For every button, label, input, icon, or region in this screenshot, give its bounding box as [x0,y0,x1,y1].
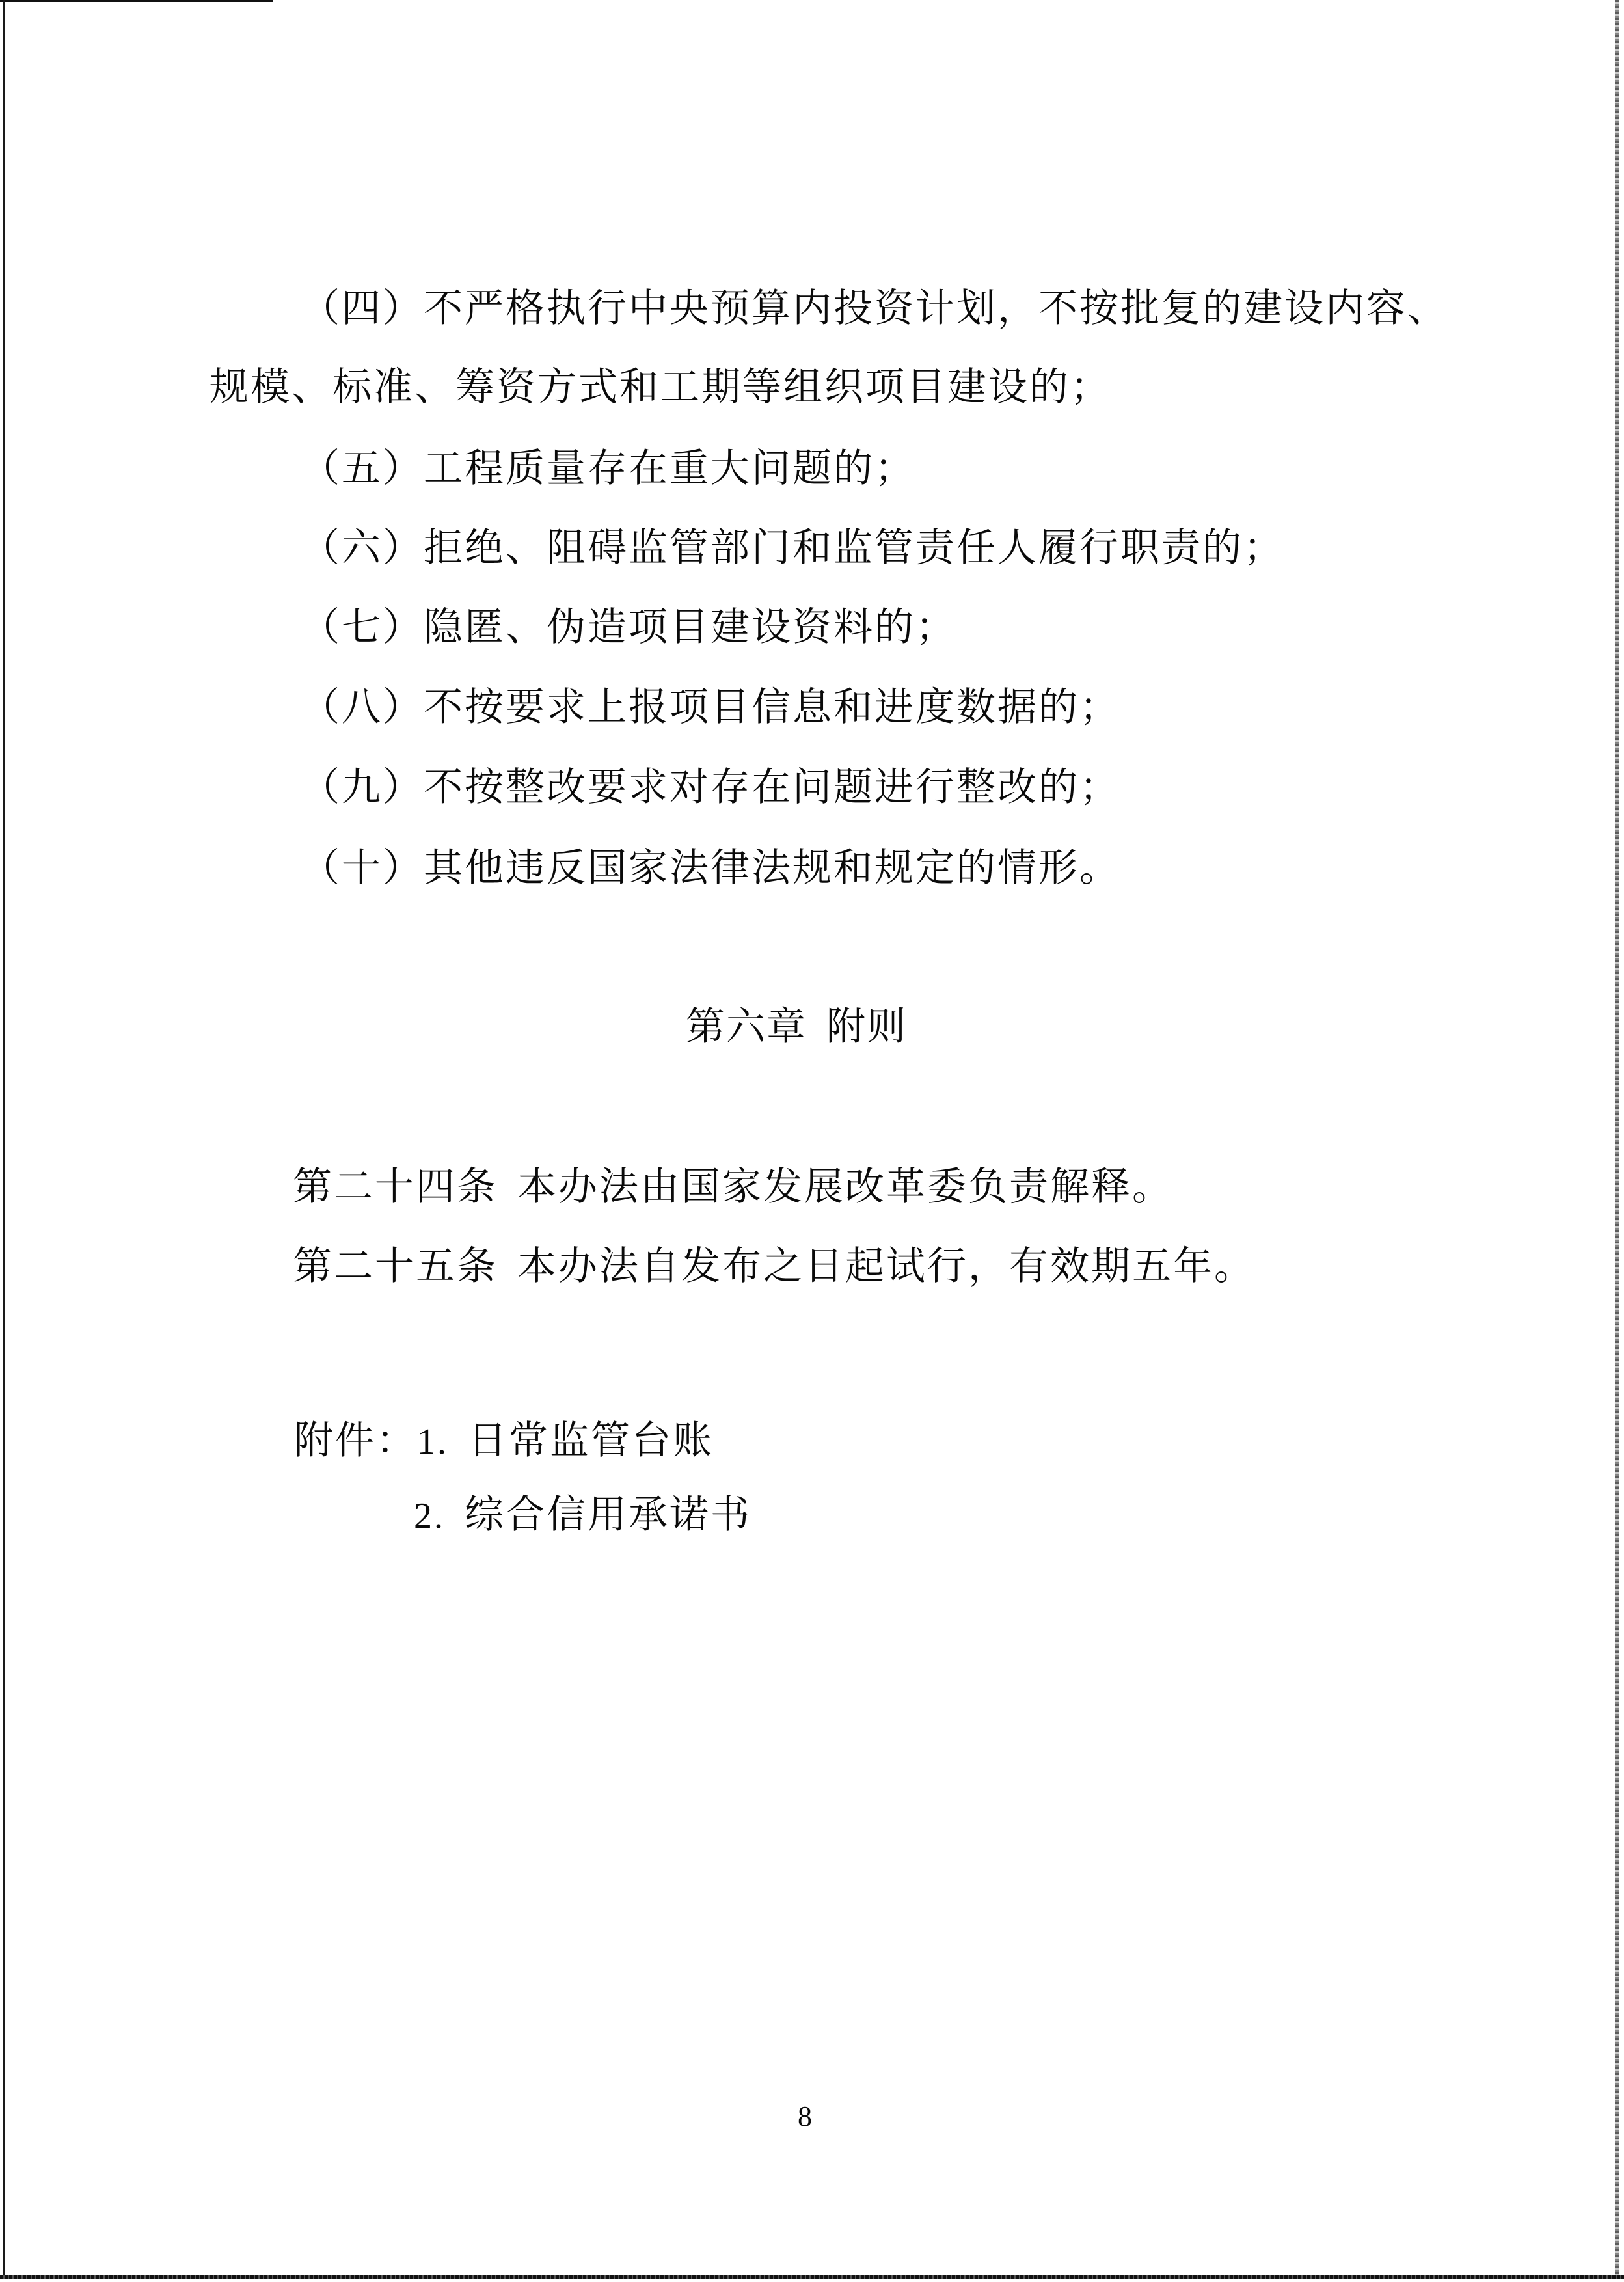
item-marker: （八） [301,685,424,730]
item-text: 不按要求上报项目信息和进度数据的； [424,685,1120,730]
chapter-heading: 第六章附则 [686,1006,907,1048]
chapter-number: 第六章 [686,1004,807,1050]
item-marker: （十） [301,845,424,891]
article-text: 本办法由国家发展改革委负责解释。 [517,1164,1173,1210]
item-marker: （四） [301,286,424,331]
attachment-index: 1. [417,1422,448,1462]
item-marker: （九） [301,765,424,810]
item-text: 不按整改要求对存在问题进行整改的； [424,765,1120,810]
list-item-7: （七）隐匿、伪造项目建设资料的； [301,606,956,648]
list-item-6: （六）拒绝、阻碍监管部门和监管责任人履行职责的； [301,527,1284,569]
article-25: 第二十五条本办法自发布之日起试行，有效期五年。 [293,1245,1255,1287]
item-text: 其他违反国家法律法规和规定的情形。 [424,845,1120,891]
attachments-line-1: 附件：1.日常监管台账 [294,1420,714,1461]
item-marker: （五） [301,446,424,491]
attachment-index: 2. [414,1496,445,1536]
page-number: 8 [798,2100,812,2133]
list-item-9: （九）不按整改要求对存在问题进行整改的； [301,767,1120,808]
chapter-title: 附则 [826,1004,907,1050]
item-marker: （六） [301,525,424,571]
article-number: 第二十五条 [293,1243,498,1289]
list-item-8: （八）不按要求上报项目信息和进度数据的； [301,686,1120,728]
scan-border-right [1615,0,1619,2277]
list-item-4: （四）不严格执行中央预算内投资计划，不按批复的建设内容、 [301,288,1448,329]
scan-border-top [0,0,273,2]
article-text: 本办法自发布之日起试行，有效期五年。 [517,1243,1255,1289]
list-item-4-continued: 规模、标准、筹资方式和工期等组织项目建设的； [210,366,1111,408]
article-number: 第二十四条 [293,1164,498,1210]
item-text: 不严格执行中央预算内投资计划，不按批复的建设内容、 [424,286,1448,331]
item-text: 拒绝、阻碍监管部门和监管责任人履行职责的； [424,525,1284,571]
item-text: 隐匿、伪造项目建设资料的； [424,604,956,650]
item-text: 规模、标准、筹资方式和工期等组织项目建设的； [210,364,1111,410]
article-24: 第二十四条本办法由国家发展改革委负责解释。 [293,1166,1173,1208]
attachment-title: 日常监管台账 [468,1418,714,1463]
attachments-line-2: 2.综合信用承诺书 [414,1494,751,1536]
scan-border-left [3,0,5,2277]
item-text: 工程质量存在重大问题的； [424,446,915,491]
attachment-title: 综合信用承诺书 [465,1492,751,1538]
list-item-10: （十）其他违反国家法律法规和规定的情形。 [301,847,1120,889]
item-marker: （七） [301,604,424,650]
list-item-5: （五）工程质量存在重大问题的； [301,448,915,489]
scan-border-bottom [0,2275,1624,2279]
attachments-label: 附件： [294,1418,417,1463]
